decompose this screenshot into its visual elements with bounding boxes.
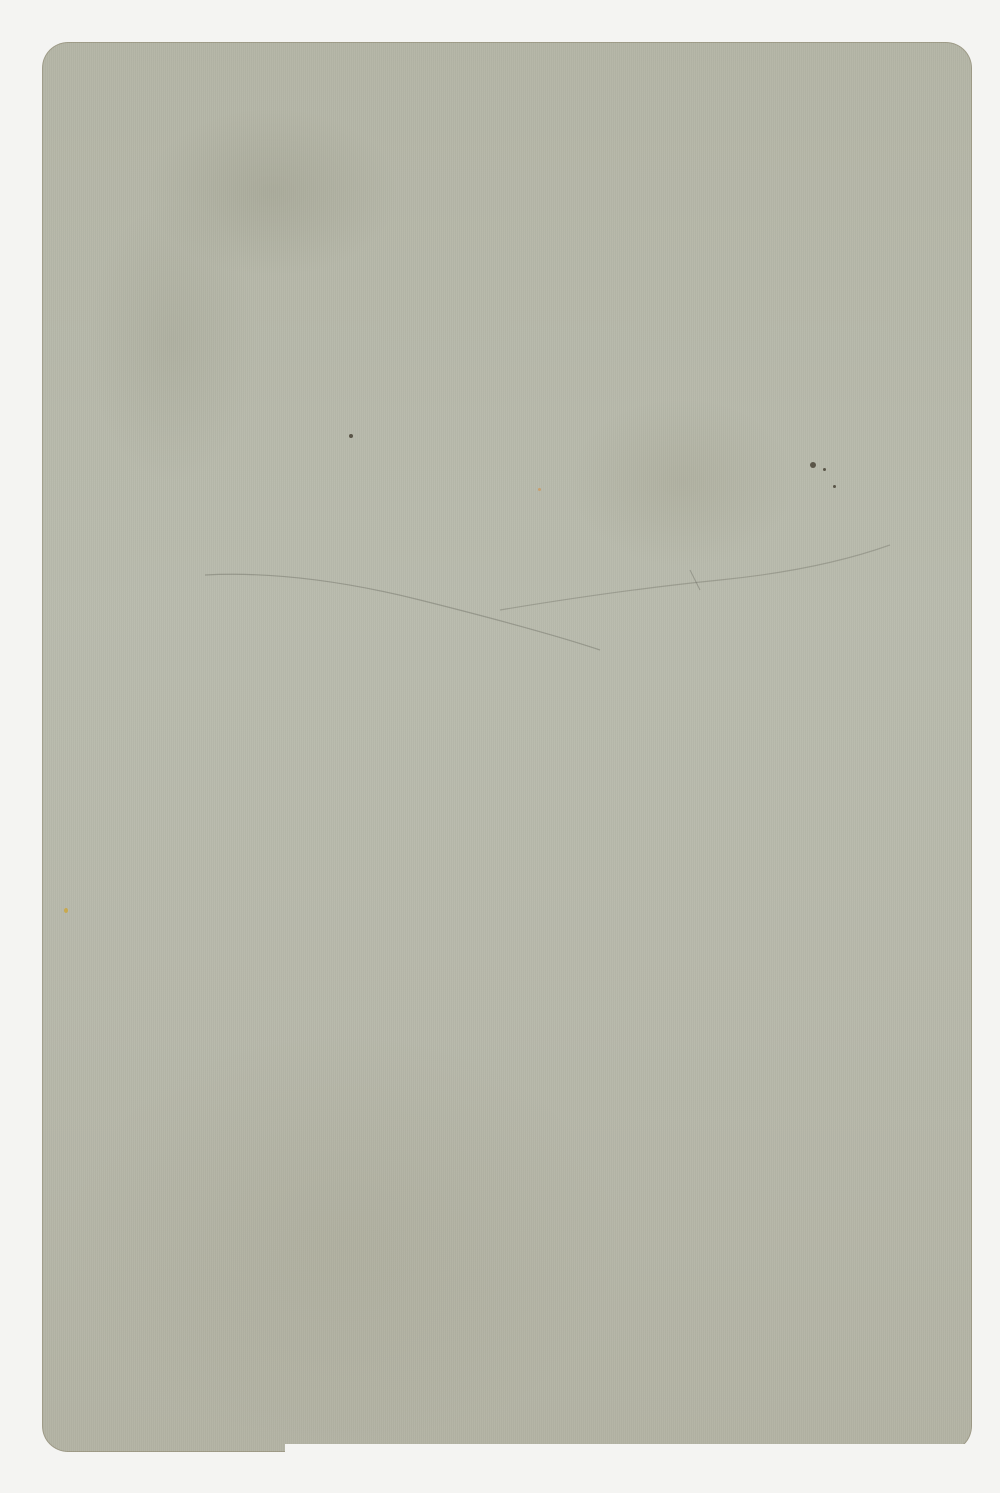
speck xyxy=(833,485,836,488)
speck xyxy=(810,462,816,468)
speck xyxy=(823,468,826,471)
speck xyxy=(64,908,68,913)
speck xyxy=(349,434,353,438)
speck xyxy=(538,488,541,491)
pencil-scratch-marks xyxy=(0,0,1000,1493)
